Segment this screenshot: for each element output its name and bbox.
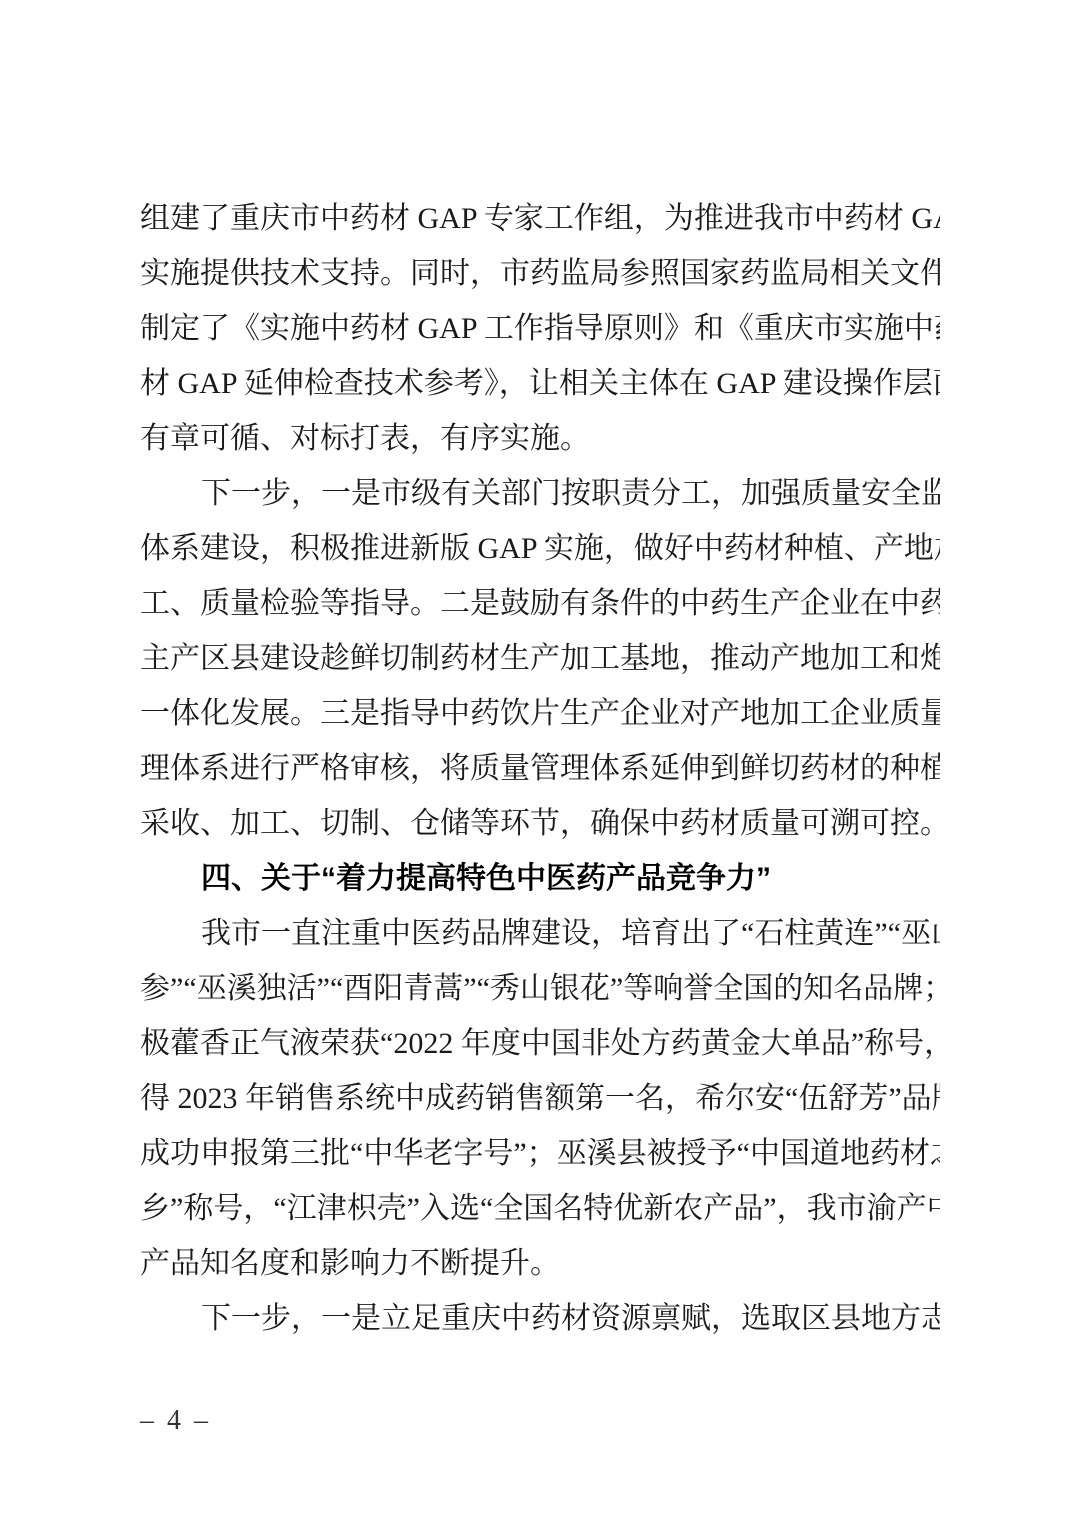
- text-line: 工、质量检验等指导。二是鼓励有条件的中药生产企业在中药材: [140, 576, 940, 631]
- text-line: 制定了《实施中药材 GAP 工作指导原则》和《重庆市实施中药: [140, 301, 940, 356]
- text-line: 极藿香正气液荣获“2022 年度中国非处方药黄金大单品”称号，获: [140, 1016, 940, 1071]
- text-line: 产品知名度和影响力不断提升。: [140, 1236, 940, 1291]
- paragraph: 下一步，一是市级有关部门按职责分工，加强质量安全监控体系建设，积极推进新版 GA…: [140, 466, 940, 851]
- paragraph: 下一步，一是立足重庆中药材资源禀赋，选取区县地方志、: [140, 1291, 940, 1346]
- document-page: 组建了重庆市中药材 GAP 专家工作组，为推进我市中药材 GAP实施提供技术支持…: [0, 0, 1075, 1520]
- paragraph: 组建了重庆市中药材 GAP 专家工作组，为推进我市中药材 GAP实施提供技术支持…: [140, 191, 940, 466]
- text-line: 理体系进行严格审核，将质量管理体系延伸到鲜切药材的种植、: [140, 741, 940, 796]
- text-line: 下一步，一是立足重庆中药材资源禀赋，选取区县地方志、: [140, 1291, 940, 1346]
- text-line: 参”“巫溪独活”“酉阳青蒿”“秀山银花”等响誉全国的知名品牌；太: [140, 961, 940, 1016]
- text-line: 得 2023 年销售系统中成药销售额第一名，希尔安“伍舒芳”品牌已: [140, 1071, 940, 1126]
- text-line: 乡”称号，“江津枳壳”入选“全国名特优新农产品”，我市渝产中药: [140, 1181, 940, 1236]
- text-line: 组建了重庆市中药材 GAP 专家工作组，为推进我市中药材 GAP: [140, 191, 940, 246]
- text-line: 有章可循、对标打表，有序实施。: [140, 411, 940, 466]
- paragraph: 我市一直注重中医药品牌建设，培育出了“石柱黄连”“巫山党参”“巫溪独活”“酉阳青…: [140, 906, 940, 1291]
- text-line: 材 GAP 延伸检查技术参考》，让相关主体在 GAP 建设操作层面，: [140, 356, 940, 411]
- text-line: 一体化发展。三是指导中药饮片生产企业对产地加工企业质量管: [140, 686, 940, 741]
- text-line: 下一步，一是市级有关部门按职责分工，加强质量安全监控: [140, 466, 940, 521]
- text-line: 四、关于“着力提高特色中医药产品竞争力”: [140, 851, 940, 906]
- text-line: 主产区县建设趁鲜切制药材生产加工基地，推动产地加工和炮制: [140, 631, 940, 686]
- document-body: 组建了重庆市中药材 GAP 专家工作组，为推进我市中药材 GAP实施提供技术支持…: [140, 191, 940, 1346]
- page-number: – 4 –: [140, 1403, 211, 1439]
- text-line: 体系建设，积极推进新版 GAP 实施，做好中药材种植、产地加: [140, 521, 940, 576]
- text-line: 成功申报第三批“中华老字号”；巫溪县被授予“中国道地药材之: [140, 1126, 940, 1181]
- text-line: 实施提供技术支持。同时，市药监局参照国家药监局相关文件，: [140, 246, 940, 301]
- text-line: 采收、加工、切制、仓储等环节，确保中药材质量可溯可控。: [140, 796, 940, 851]
- section-heading: 四、关于“着力提高特色中医药产品竞争力”: [140, 851, 940, 906]
- text-line: 我市一直注重中医药品牌建设，培育出了“石柱黄连”“巫山党: [140, 906, 940, 961]
